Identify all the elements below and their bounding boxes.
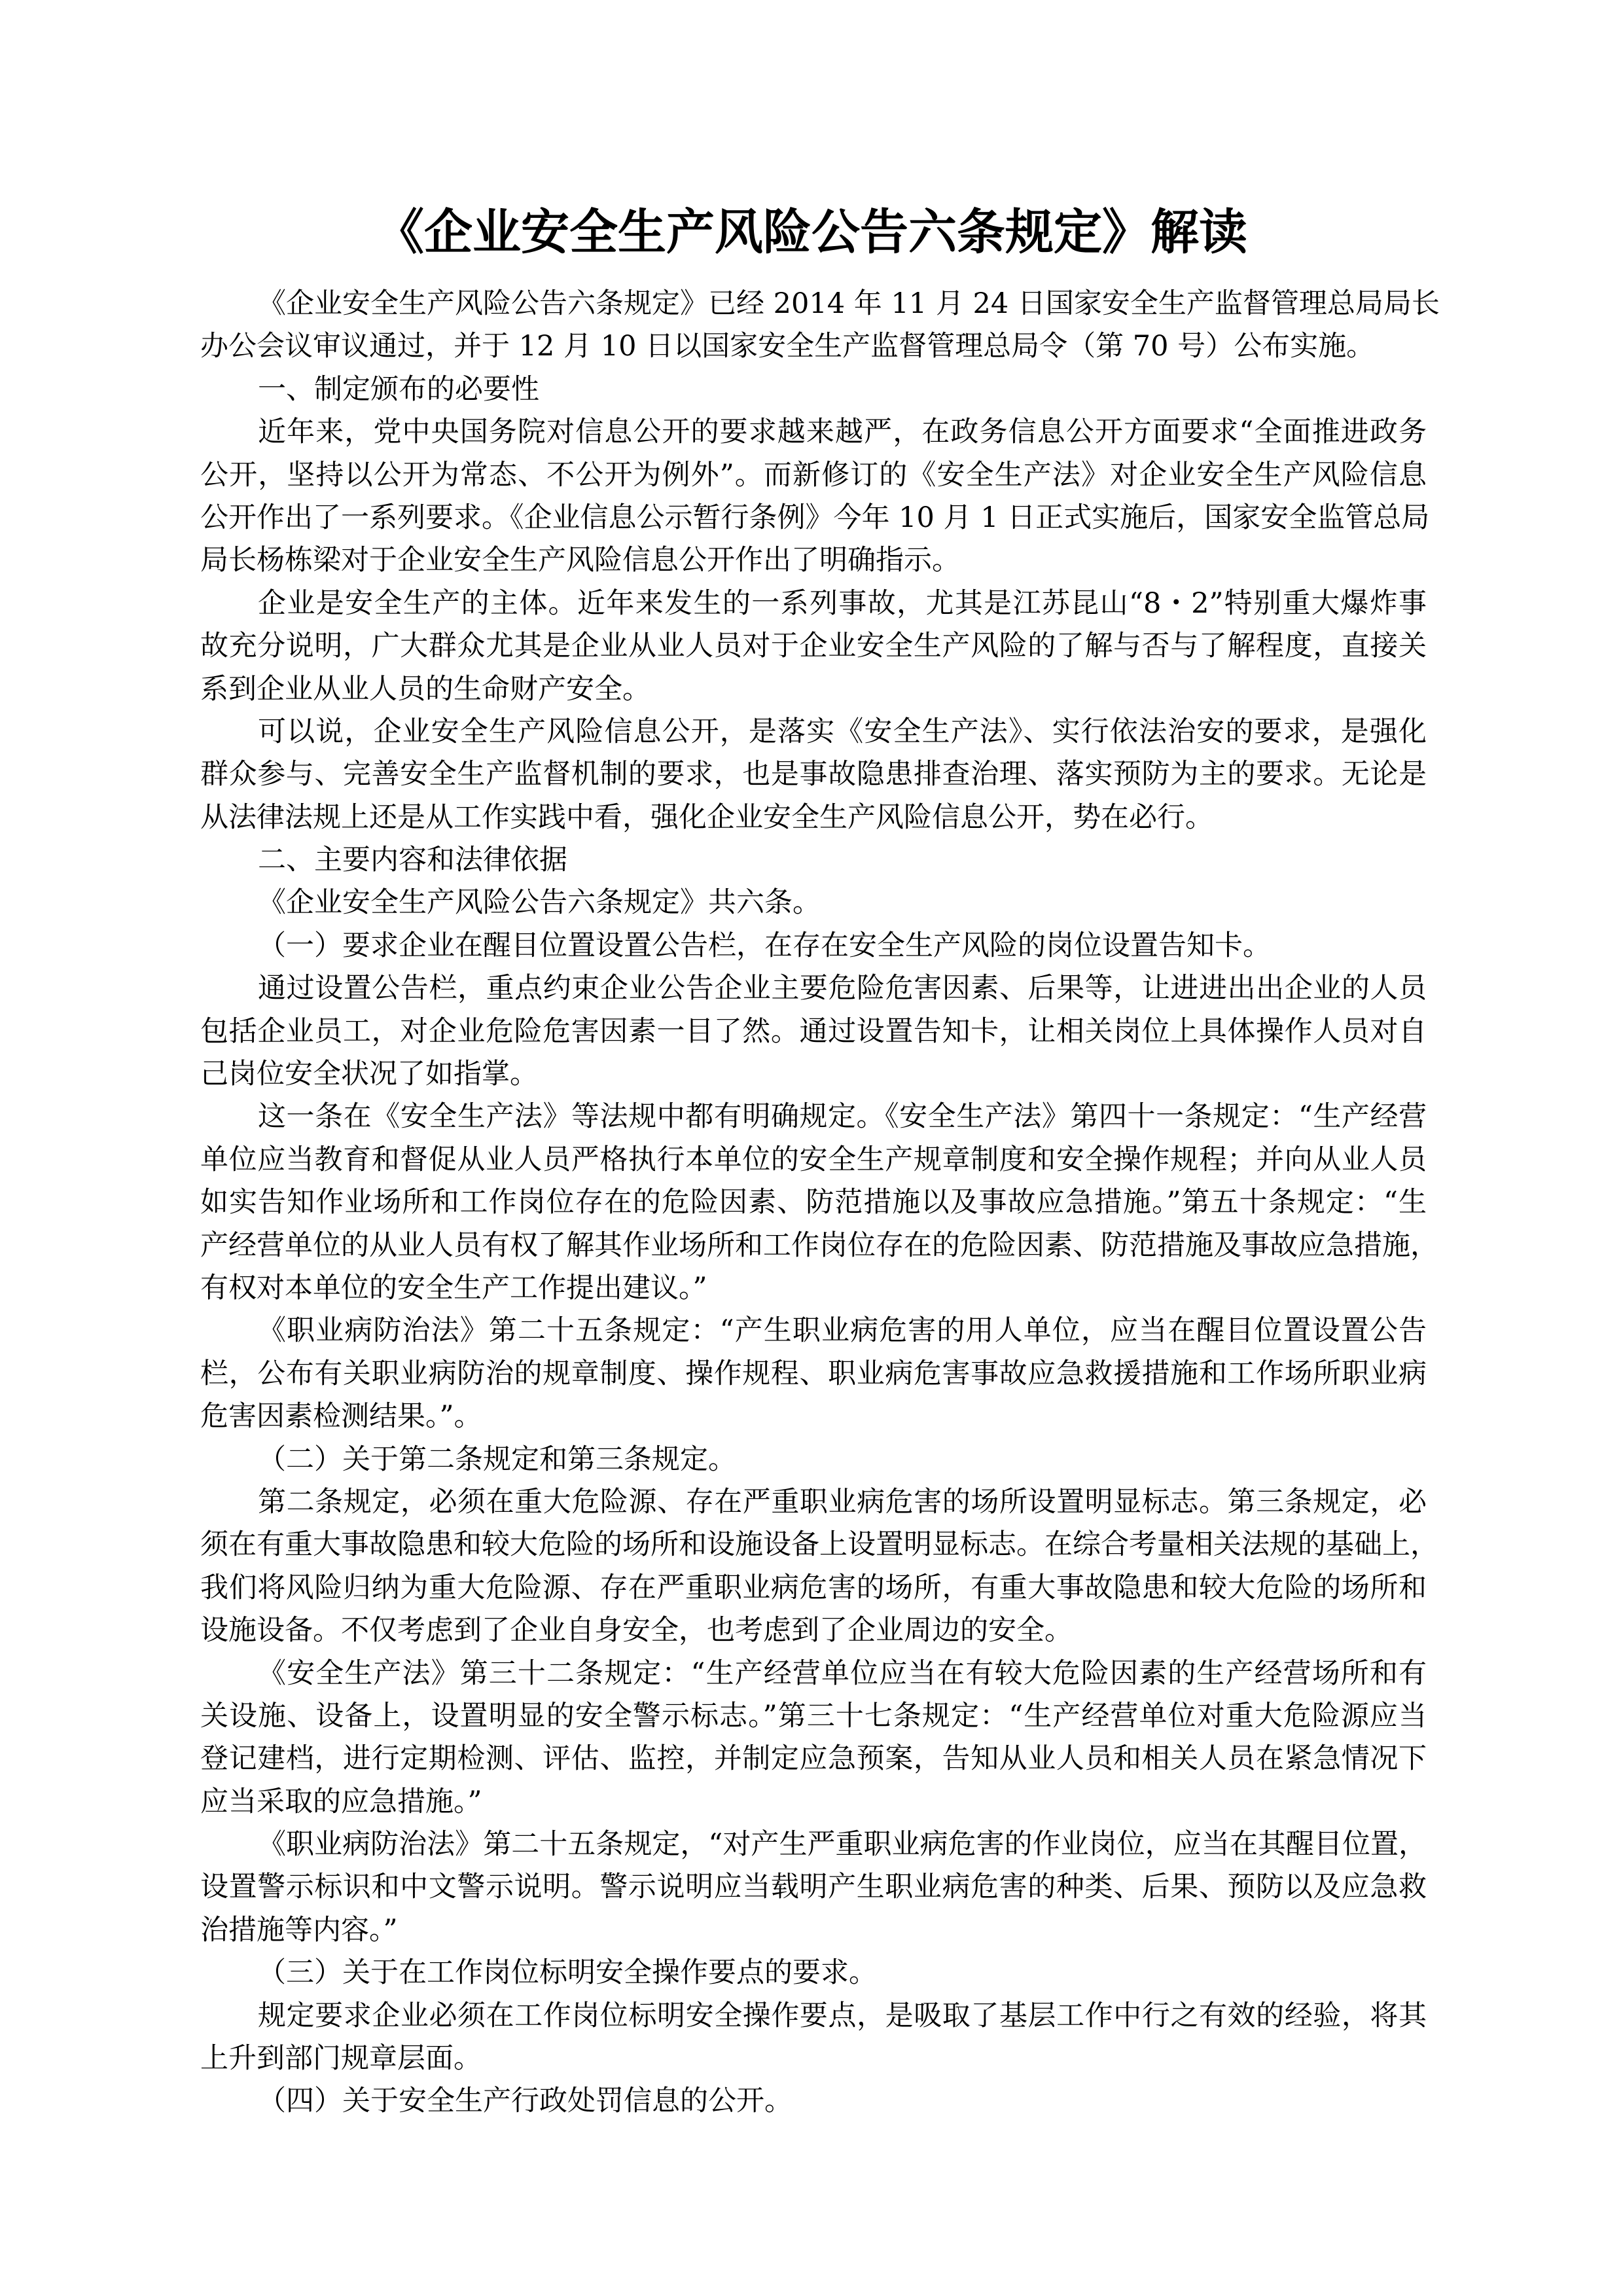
text-line: 栏，公布有关职业病防治的规章制度、操作规程、职业病危害事故应急救援措施和工作场所… bbox=[200, 1353, 1427, 1395]
text-line: 关设施、设备上，设置明显的安全警示标志。”第三十七条规定：“生产经营单位对重大危… bbox=[200, 1695, 1427, 1738]
text-line: 包括企业员工，对企业危险危害因素一目了然。通过设置告知卡，让相关岗位上具体操作人… bbox=[200, 1011, 1427, 1053]
text-line: 公开，坚持以公开为常态、不公开为例外”。而新修订的《安全生产法》对企业安全生产风… bbox=[200, 454, 1427, 497]
paragraph: 近年来，党中央国务院对信息公开的要求越来越严，在政务信息公开方面要求“全面推进政… bbox=[200, 411, 1427, 583]
paragraph: 《职业病防治法》第二十五条规定，“对产生严重职业病危害的作业岗位，应当在其醒目位… bbox=[200, 1823, 1427, 1952]
text-line: （四）关于安全生产行政处罚信息的公开。 bbox=[200, 2080, 1427, 2123]
section-heading: （四）关于安全生产行政处罚信息的公开。 bbox=[200, 2080, 1427, 2123]
paragraph: 《企业安全生产风险公告六条规定》共六条。 bbox=[200, 882, 1427, 924]
paragraph: 《企业安全生产风险公告六条规定》已经 2014 年 11 月 24 日国家安全生… bbox=[200, 283, 1427, 368]
text-line: 二、主要内容和法律依据 bbox=[200, 839, 1427, 882]
text-line: 《安全生产法》第三十二条规定：“生产经营单位应当在有较大危险因素的生产经营场所和… bbox=[200, 1653, 1427, 1695]
text-line: 这一条在《安全生产法》等法规中都有明确规定。《安全生产法》第四十一条规定：“生产… bbox=[200, 1096, 1427, 1138]
text-line: 己岗位安全状况了如指掌。 bbox=[200, 1053, 1427, 1096]
text-line: 治措施等内容。” bbox=[200, 1909, 1427, 1952]
paragraph: 可以说，企业安全生产风险信息公开，是落实《安全生产法》、实行依法治安的要求，是强… bbox=[200, 711, 1427, 839]
paragraph: 企业是安全生产的主体。近年来发生的一系列事故，尤其是江苏昆山“8・2”特别重大爆… bbox=[200, 583, 1427, 711]
text-line: 群众参与、完善安全生产监督机制的要求，也是事故隐患排查治理、落实预防为主的要求。… bbox=[200, 753, 1427, 796]
text-line: 《职业病防治法》第二十五条规定，“对产生严重职业病危害的作业岗位，应当在其醒目位… bbox=[200, 1823, 1427, 1866]
section-heading: 一、制定颁布的必要性 bbox=[200, 368, 1427, 411]
text-line: 设置警示标识和中文警示说明。警示说明应当载明产生职业病危害的种类、后果、预防以及… bbox=[200, 1866, 1427, 1909]
text-line: 通过设置公告栏，重点约束企业公告企业主要危险危害因素、后果等，让进进出出企业的人… bbox=[200, 967, 1427, 1010]
text-line: 规定要求企业必须在工作岗位标明安全操作要点，是吸取了基层工作中行之有效的经验，将… bbox=[200, 1995, 1427, 2037]
paragraph: 《安全生产法》第三十二条规定：“生产经营单位应当在有较大危险因素的生产经营场所和… bbox=[200, 1653, 1427, 1824]
text-line: 系到企业从业人员的生命财产安全。 bbox=[200, 668, 1427, 711]
text-line: 我们将风险归纳为重大危险源、存在严重职业病危害的场所，有重大事故隐患和较大危险的… bbox=[200, 1567, 1427, 1609]
document-title: 《企业安全生产风险公告六条规定》解读 bbox=[0, 196, 1623, 268]
paragraph: 通过设置公告栏，重点约束企业公告企业主要危险危害因素、后果等，让进进出出企业的人… bbox=[200, 967, 1427, 1096]
text-line: （三）关于在工作岗位标明安全操作要点的要求。 bbox=[200, 1952, 1427, 1994]
section-heading: （二）关于第二条规定和第三条规定。 bbox=[200, 1439, 1427, 1481]
text-line: 从法律法规上还是从工作实践中看，强化企业安全生产风险信息公开，势在必行。 bbox=[200, 797, 1427, 839]
text-line: 近年来，党中央国务院对信息公开的要求越来越严，在政务信息公开方面要求“全面推进政… bbox=[200, 411, 1427, 454]
text-line: 应当采取的应急措施。” bbox=[200, 1781, 1427, 1823]
document-page: 《企业安全生产风险公告六条规定》解读 《企业安全生产风险公告六条规定》已经 20… bbox=[0, 0, 1623, 2296]
paragraph: 规定要求企业必须在工作岗位标明安全操作要点，是吸取了基层工作中行之有效的经验，将… bbox=[200, 1995, 1427, 2081]
text-line: 产经营单位的从业人员有权了解其作业场所和工作岗位存在的危险因素、防范措施及事故应… bbox=[200, 1225, 1427, 1267]
text-line: 办公会议审议通过，并于 12 月 10 日以国家安全生产监督管理总局令（第 70… bbox=[200, 325, 1427, 368]
paragraph: 第二条规定，必须在重大危险源、存在严重职业病危害的场所设置明显标志。第三条规定，… bbox=[200, 1481, 1427, 1653]
text-line: 登记建档，进行定期检测、评估、监控，并制定应急预案，告知从业人员和相关人员在紧急… bbox=[200, 1738, 1427, 1780]
text-line: 第二条规定，必须在重大危险源、存在严重职业病危害的场所设置明显标志。第三条规定，… bbox=[200, 1481, 1427, 1524]
text-line: 《企业安全生产风险公告六条规定》共六条。 bbox=[200, 882, 1427, 924]
section-heading: 二、主要内容和法律依据 bbox=[200, 839, 1427, 882]
text-line: 故充分说明，广大群众尤其是企业从业人员对于企业安全生产风险的了解与否与了解程度，… bbox=[200, 625, 1427, 668]
section-heading: （三）关于在工作岗位标明安全操作要点的要求。 bbox=[200, 1952, 1427, 1994]
text-line: 可以说，企业安全生产风险信息公开，是落实《安全生产法》、实行依法治安的要求，是强… bbox=[200, 711, 1427, 753]
text-line: 单位应当教育和督促从业人员严格执行本单位的安全生产规章制度和安全操作规程；并向从… bbox=[200, 1139, 1427, 1181]
text-line: 局长杨栋梁对于企业安全生产风险信息公开作出了明确指示。 bbox=[200, 539, 1427, 582]
section-heading: （一）要求企业在醒目位置设置公告栏，在存在安全生产风险的岗位设置告知卡。 bbox=[200, 925, 1427, 967]
text-line: 如实告知作业场所和工作岗位存在的危险因素、防范措施以及事故应急措施。”第五十条规… bbox=[200, 1181, 1427, 1224]
paragraph: 这一条在《安全生产法》等法规中都有明确规定。《安全生产法》第四十一条规定：“生产… bbox=[200, 1096, 1427, 1310]
text-line: 《企业安全生产风险公告六条规定》已经 2014 年 11 月 24 日国家安全生… bbox=[200, 283, 1427, 325]
text-line: （二）关于第二条规定和第三条规定。 bbox=[200, 1439, 1427, 1481]
text-line: 一、制定颁布的必要性 bbox=[200, 368, 1427, 411]
document-body: 《企业安全生产风险公告六条规定》已经 2014 年 11 月 24 日国家安全生… bbox=[200, 283, 1427, 2123]
text-line: 设施设备。不仅考虑到了企业自身安全，也考虑到了企业周边的安全。 bbox=[200, 1609, 1427, 1652]
text-line: 公开作出了一系列要求。《企业信息公示暂行条例》今年 10 月 1 日正式实施后，… bbox=[200, 497, 1427, 539]
text-line: 《职业病防治法》第二十五条规定：“产生职业病危害的用人单位，应当在醒目位置设置公… bbox=[200, 1310, 1427, 1352]
text-line: 上升到部门规章层面。 bbox=[200, 2037, 1427, 2080]
text-line: 危害因素检测结果。”。 bbox=[200, 1395, 1427, 1438]
text-line: 有权对本单位的安全生产工作提出建议。” bbox=[200, 1267, 1427, 1310]
paragraph: 《职业病防治法》第二十五条规定：“产生职业病危害的用人单位，应当在醒目位置设置公… bbox=[200, 1310, 1427, 1438]
text-line: 企业是安全生产的主体。近年来发生的一系列事故，尤其是江苏昆山“8・2”特别重大爆… bbox=[200, 583, 1427, 625]
text-line: （一）要求企业在醒目位置设置公告栏，在存在安全生产风险的岗位设置告知卡。 bbox=[200, 925, 1427, 967]
text-line: 须在有重大事故隐患和较大危险的场所和设施设备上设置明显标志。在综合考量相关法规的… bbox=[200, 1524, 1427, 1566]
